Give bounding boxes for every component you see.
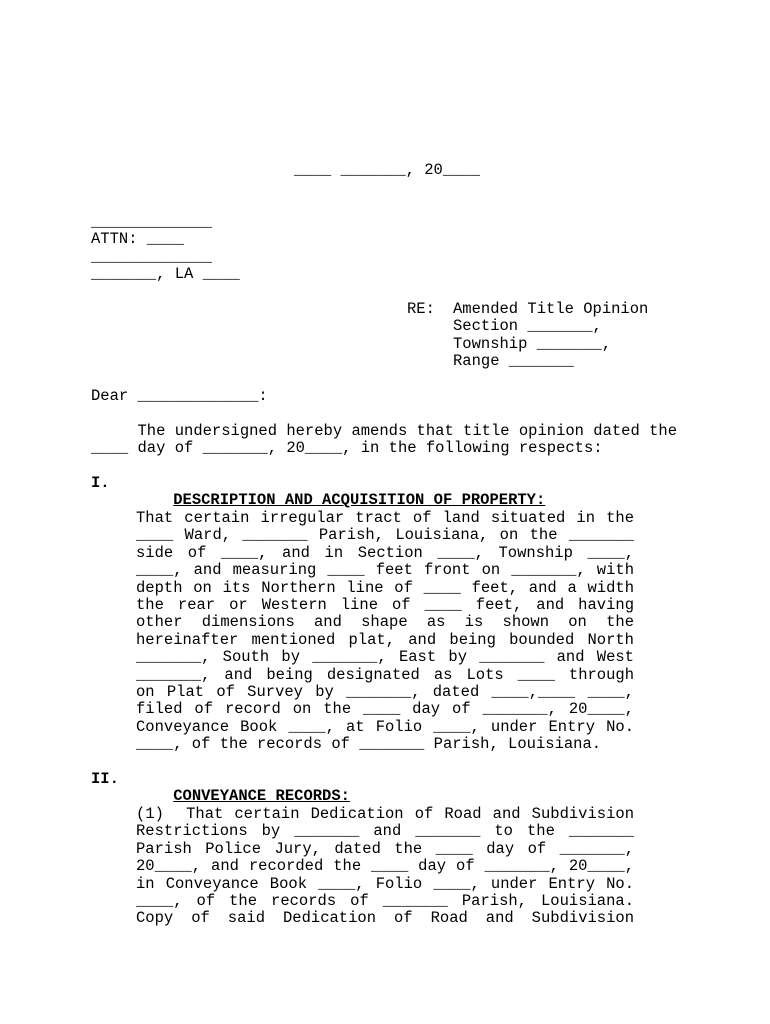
- section-1-line: on Plat of Survey by _______, dated ____…: [136, 684, 634, 701]
- section-2-line: Parish Police Jury, dated the ____ day o…: [136, 841, 634, 858]
- section-1-body: That certain irregular tract of land sit…: [136, 510, 634, 753]
- address-line-3: _____________: [91, 249, 212, 266]
- section-1-line: That certain irregular tract of land sit…: [136, 510, 634, 527]
- address-city-state: _______, LA ____: [91, 266, 240, 283]
- section-1-line: ____, and measuring ____ feet front on _…: [136, 562, 634, 579]
- section-2-line: in Conveyance Book ____, Folio ____, und…: [136, 876, 634, 893]
- section-1-line: other dimensions and shape as is shown o…: [136, 614, 634, 631]
- date-line: ____ _______, 20____: [294, 162, 480, 179]
- section-2-heading: CONVEYANCE RECORDS:: [136, 771, 350, 788]
- section-1-line: ____, of the records of _______ Parish, …: [136, 736, 634, 753]
- section-1-line: _______, and being designated as Lots __…: [136, 667, 634, 684]
- section-1-line: filed of record on the ____ day of _____…: [136, 701, 634, 718]
- section-1-line: side of ____, and in Section ____, Towns…: [136, 545, 634, 562]
- section-2-body: (1) That certain Dedication of Road and …: [136, 806, 634, 928]
- re-range: Range _______: [453, 353, 574, 370]
- section-1-title: DESCRIPTION AND ACQUISITION OF PROPERTY:: [173, 491, 545, 509]
- document-page: ____ _______, 20____ _____________ ATTN:…: [0, 0, 770, 1024]
- salutation: Dear _____________:: [91, 388, 268, 405]
- re-section: Section _______,: [453, 318, 602, 335]
- intro-line-2: ____ day of _______, 20____, in the foll…: [91, 440, 603, 457]
- re-township: Township _______,: [453, 336, 611, 353]
- section-1-line: _______, South by _______, East by _____…: [136, 649, 634, 666]
- re-subject: Amended Title Opinion: [453, 301, 648, 318]
- section-1-line: hereinafter mentioned plat, and being bo…: [136, 632, 634, 649]
- section-1-line: Conveyance Book ____, at Folio ____, und…: [136, 719, 634, 736]
- re-label: RE:: [407, 301, 435, 318]
- section-2-line: ____, of the records of _______ Parish, …: [136, 893, 634, 910]
- section-1-number: I.: [91, 475, 110, 492]
- section-1-line: depth on its Northern line of ____ feet,…: [136, 580, 634, 597]
- section-2-line: (1) That certain Dedication of Road and …: [136, 806, 634, 823]
- section-2-line: Restrictions by _______ and _______ to t…: [136, 823, 634, 840]
- section-2-number: II.: [91, 771, 119, 788]
- section-1-heading: DESCRIPTION AND ACQUISITION OF PROPERTY:: [136, 475, 545, 492]
- section-2-title: CONVEYANCE RECORDS:: [173, 787, 350, 805]
- section-1-line: ____ Ward, _______ Parish, Louisiana, on…: [136, 527, 634, 544]
- address-attn: ATTN: ____: [91, 231, 184, 248]
- section-2-line: 20____, and recorded the ____ day of ___…: [136, 858, 634, 875]
- intro-line-1: The undersigned hereby amends that title…: [91, 423, 677, 440]
- section-2-line: Copy of said Dedication of Road and Subd…: [136, 910, 634, 927]
- section-1-line: the rear or Western line of ____ feet, a…: [136, 597, 634, 614]
- address-line-1: _____________: [91, 214, 212, 231]
